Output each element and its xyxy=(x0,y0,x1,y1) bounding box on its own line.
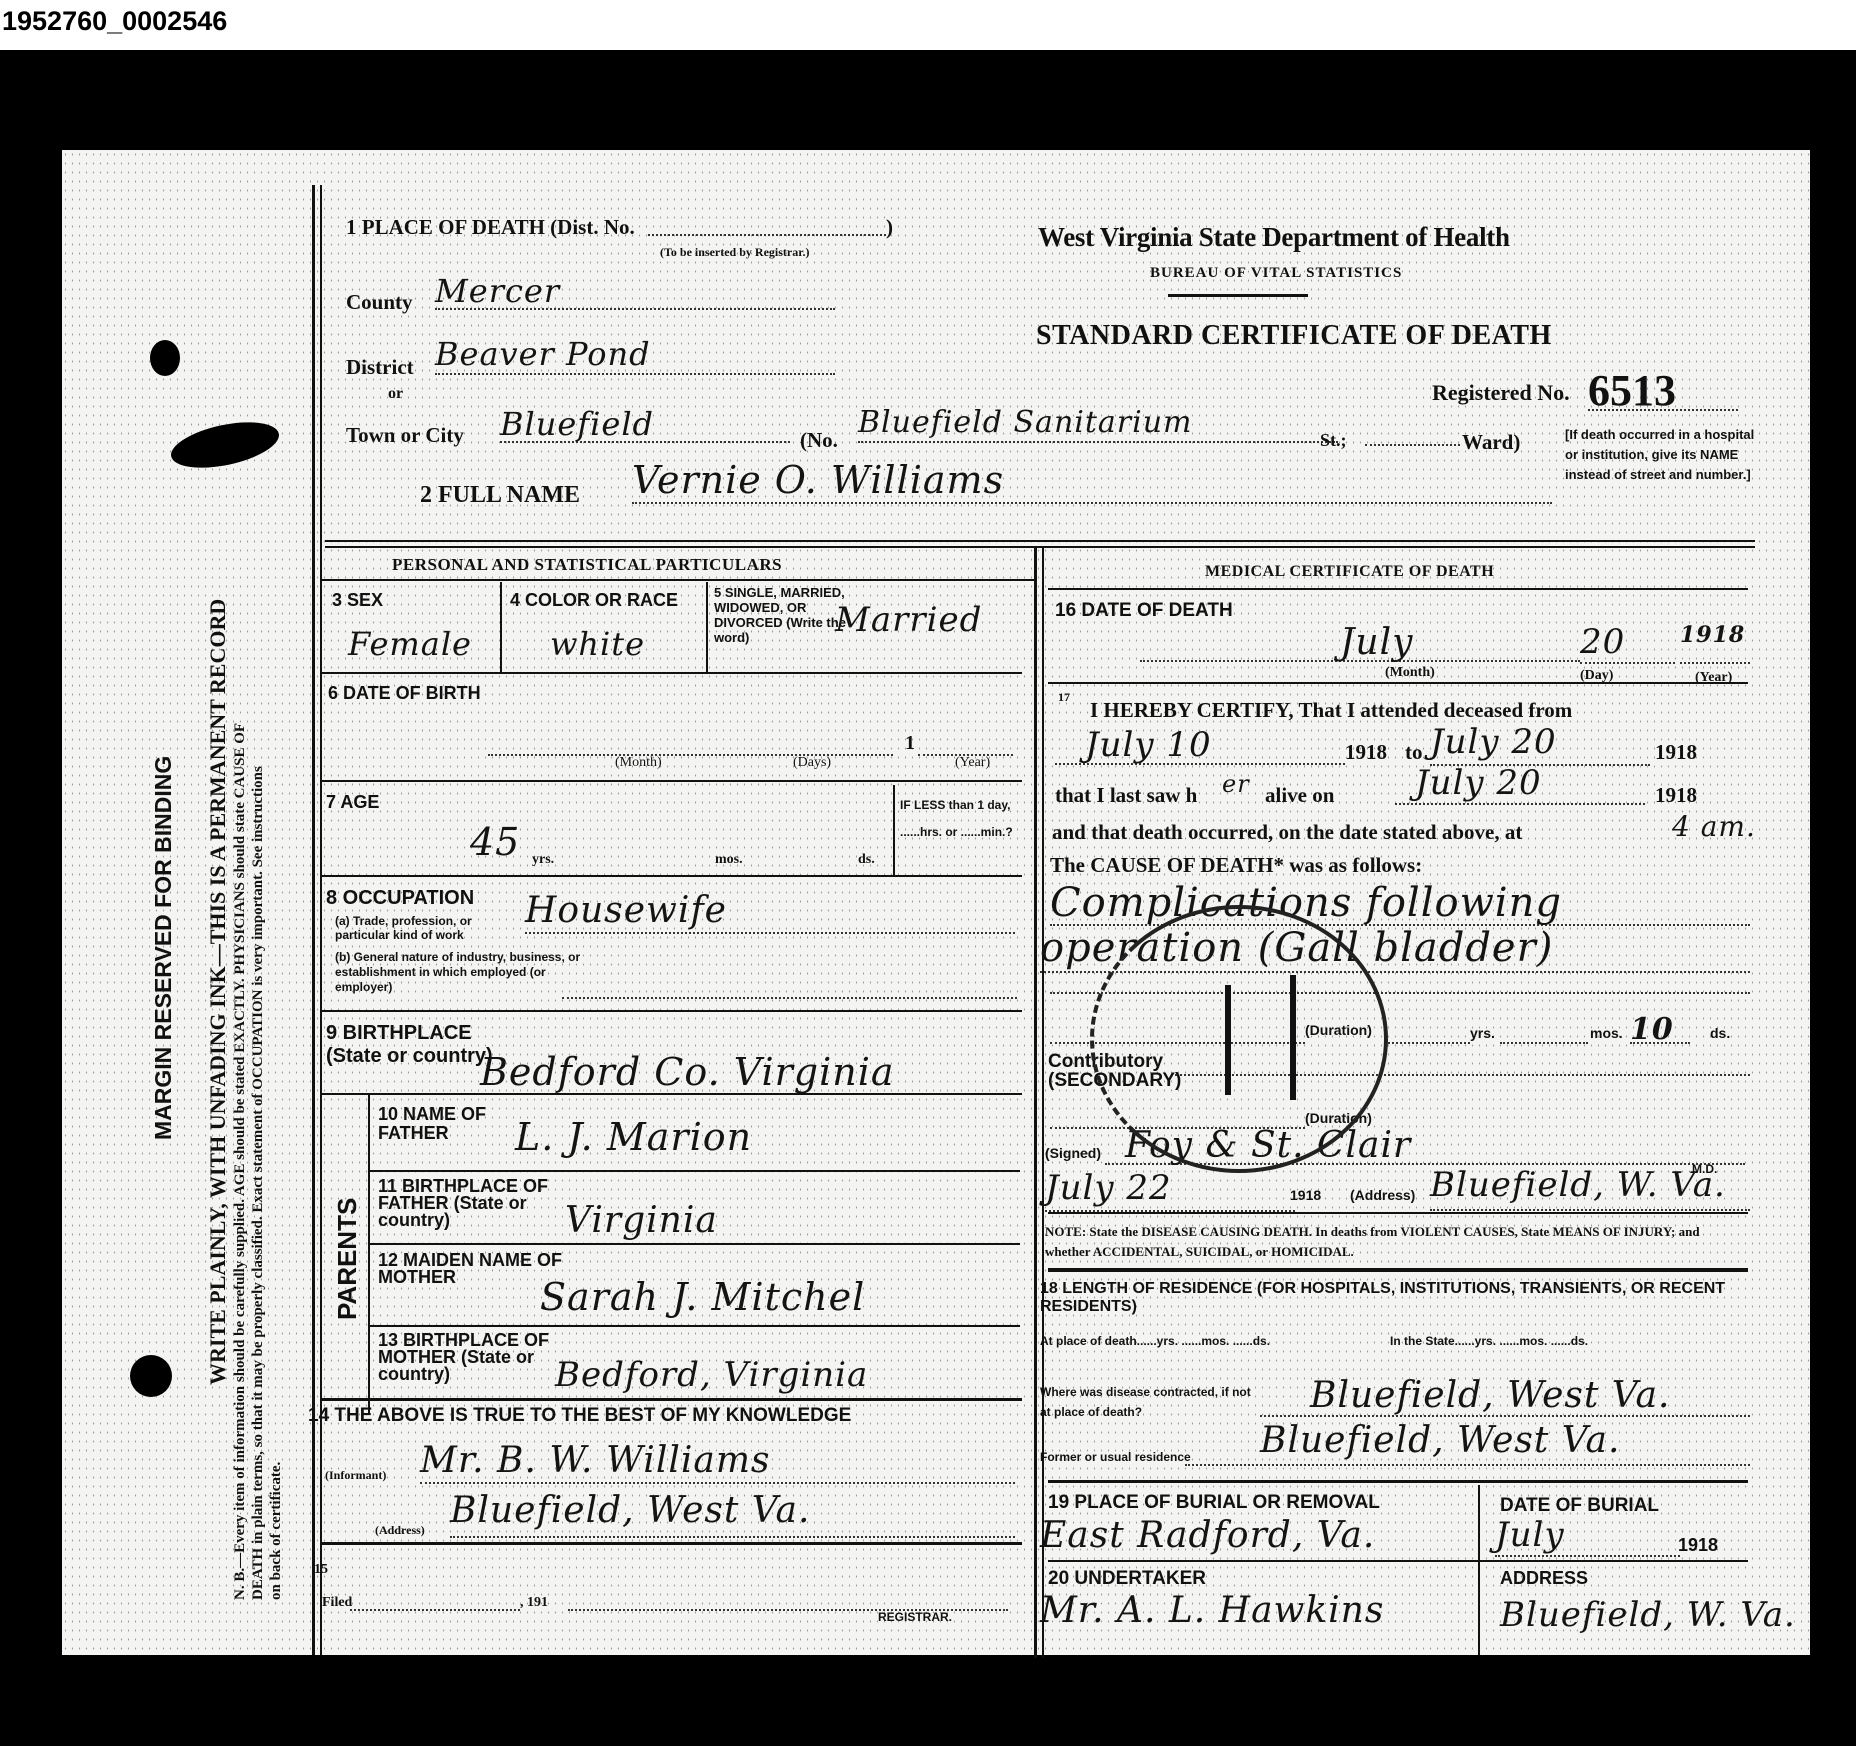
filed-number: 15 xyxy=(314,1562,328,1578)
father-field[interactable]: L. J. Marion xyxy=(515,1115,752,1159)
sex-label: 3 SEX xyxy=(332,590,383,611)
age-field[interactable]: 45 xyxy=(470,820,520,864)
age-label: 7 AGE xyxy=(326,792,379,813)
cause-label: The CAUSE OF DEATH* was as follows: xyxy=(1050,853,1422,878)
at-place-label: At place of death......yrs. ......mos. .… xyxy=(1040,1330,1370,1352)
full-name-field[interactable]: Vernie O. Williams xyxy=(632,458,1552,504)
burial-date-label: DATE OF BURIAL xyxy=(1500,1495,1659,1517)
residence-label: 18 LENGTH OF RESIDENCE (FOR HOSPITALS, I… xyxy=(1040,1280,1745,1316)
dist-no-field[interactable] xyxy=(648,230,886,236)
last-saw-label: that I last saw h xyxy=(1055,783,1197,808)
dob-label: 6 DATE OF BIRTH xyxy=(328,683,481,704)
yrs-label: yrs. xyxy=(532,852,554,868)
row-divider xyxy=(370,1325,1020,1327)
column-divider xyxy=(1034,548,1037,1658)
less-than-label: IF LESS than 1 day, ......hrs. or ......… xyxy=(900,792,1020,846)
filed-year-label: , 191 xyxy=(520,1595,548,1611)
informant-address-label: (Address) xyxy=(375,1523,425,1538)
section-divider xyxy=(325,540,1755,542)
last-saw-pronoun[interactable]: er xyxy=(1222,770,1250,798)
dob-year-label: (Year) xyxy=(955,755,990,771)
dob-year-prefix: 1 xyxy=(905,732,915,755)
true-statement-label: 14 THE ABOVE IS TRUE TO THE BEST OF MY K… xyxy=(308,1405,851,1427)
burial-year: 1918 xyxy=(1678,1535,1718,1556)
registrar-note: (To be inserted by Registrar.) xyxy=(660,245,809,260)
birthplace-field[interactable]: Bedford Co. Virginia xyxy=(480,1050,895,1094)
top-bar: 1952760_0002546 xyxy=(0,0,1856,50)
attended-to-year: 1918 xyxy=(1655,740,1697,765)
burial-label: 19 PLACE OF BURIAL OR REMOVAL xyxy=(1048,1492,1380,1514)
note-text: NOTE: State the DISEASE CAUSING DEATH. I… xyxy=(1045,1222,1745,1262)
row-divider xyxy=(1048,588,1748,590)
cause-line-1[interactable]: Complications following xyxy=(1050,880,1750,926)
occupation-field[interactable]: Housewife xyxy=(525,890,1015,934)
registered-number: 6513 xyxy=(1588,365,1738,411)
signed-date-field[interactable]: July 22 xyxy=(1045,1168,1295,1212)
marital-label: 5 SINGLE, MARRIED, WIDOWED, OR DIVORCED … xyxy=(714,585,854,645)
dod-month-field[interactable]: July xyxy=(1140,622,1580,662)
row-divider xyxy=(322,875,1022,877)
row-divider xyxy=(370,1170,1020,1172)
nb-line-1: N. B.—Every item of information should b… xyxy=(232,723,249,1600)
row-divider xyxy=(1048,682,1748,684)
section-divider xyxy=(325,546,1755,548)
contracted-field[interactable]: Bluefield, West Va. xyxy=(1260,1375,1750,1417)
in-state-label: In the State......yrs. ......mos. ......… xyxy=(1390,1330,1750,1352)
dod-year-field[interactable]: 1918 xyxy=(1680,622,1750,664)
registered-label: Registered No. xyxy=(1432,380,1570,406)
or-label: or xyxy=(388,385,403,403)
street-no-label: (No. xyxy=(800,428,838,453)
county-field[interactable]: Mercer xyxy=(435,272,835,310)
district-field[interactable]: Beaver Pond xyxy=(435,335,835,375)
attended-to-field[interactable]: July 20 xyxy=(1430,722,1650,766)
cell-divider xyxy=(706,582,708,672)
duration-mos-label: mos. xyxy=(1590,1025,1623,1041)
signed-year: 1918 xyxy=(1290,1187,1321,1203)
row-divider xyxy=(1048,1480,1748,1483)
row-divider xyxy=(1048,1560,1748,1562)
signed-label: (Signed) xyxy=(1045,1145,1101,1161)
nb-line-2: DEATH in plain terms, so that it may be … xyxy=(250,766,267,1600)
mother-field[interactable]: Sarah J. Mitchel xyxy=(540,1275,865,1319)
duration-ds-label: ds. xyxy=(1710,1025,1730,1041)
month-label: (Month) xyxy=(1385,665,1435,681)
filed-label: Filed xyxy=(322,1595,352,1611)
sex-field[interactable]: Female xyxy=(348,625,472,663)
form-border-left xyxy=(312,185,315,1655)
undertaker-address-label: ADDRESS xyxy=(1500,1568,1588,1589)
certify-number: 17 xyxy=(1058,690,1070,705)
ds-label: ds. xyxy=(858,852,875,868)
race-label: 4 COLOR OR RACE xyxy=(510,590,678,611)
dob-field[interactable] xyxy=(488,750,893,756)
town-label: Town or City xyxy=(346,423,464,448)
physician-seal-stamp xyxy=(1090,905,1388,1173)
contracted-label: Where was disease contracted, if not at … xyxy=(1040,1382,1255,1422)
signed-address-label: (Address) xyxy=(1350,1187,1415,1203)
dob-month-label: (Month) xyxy=(615,755,662,771)
occupation-a-label: (a) Trade, profession, or particular kin… xyxy=(335,914,525,942)
burial-divider xyxy=(1478,1485,1480,1655)
time-of-death-field[interactable]: 4 am. xyxy=(1672,810,1756,843)
undertaker-label: 20 UNDERTAKER xyxy=(1048,1568,1206,1590)
certify-label: I HEREBY CERTIFY, That I attended deceas… xyxy=(1090,698,1572,723)
seal-mark xyxy=(1225,985,1231,1095)
district-label: District xyxy=(346,355,414,380)
last-saw-date-field[interactable]: July 20 xyxy=(1395,763,1645,805)
row-divider xyxy=(322,1010,1022,1012)
dod-day-field[interactable]: 20 xyxy=(1580,622,1675,664)
certificate-title: STANDARD CERTIFICATE OF DEATH xyxy=(1036,320,1552,352)
place-of-death-label: 1 PLACE OF DEATH (Dist. No. xyxy=(346,215,635,240)
institution-field[interactable]: Bluefield Sanitarium xyxy=(858,405,1338,443)
department-title: West Virginia State Department of Health xyxy=(1038,222,1510,253)
mother-birthplace-field[interactable]: Bedford, Virginia xyxy=(555,1355,868,1395)
signed-address-field[interactable]: Bluefield, W. Va. xyxy=(1430,1165,1750,1211)
scan-edge xyxy=(1810,150,1856,1655)
dob-day-label: (Days) xyxy=(793,755,831,771)
row-divider xyxy=(322,672,1022,674)
row-divider xyxy=(1048,1268,1748,1272)
industry-field[interactable] xyxy=(562,995,1017,999)
duration-yrs-label: yrs. xyxy=(1470,1025,1495,1041)
duration-mos-field[interactable] xyxy=(1500,1040,1588,1044)
alive-on-label: alive on xyxy=(1265,783,1334,808)
duration-days-field[interactable]: 10 xyxy=(1630,1012,1690,1044)
mos-label: mos. xyxy=(715,852,743,868)
parents-divider xyxy=(368,1095,370,1415)
father-birthplace-field[interactable]: Virginia xyxy=(565,1200,718,1241)
parents-label: PARENTS xyxy=(332,1198,363,1320)
seal-mark xyxy=(1290,975,1296,1100)
medical-heading: MEDICAL CERTIFICATE OF DEATH xyxy=(1205,563,1494,581)
informant-label: (Informant) xyxy=(325,1468,386,1483)
write-plainly-text: WRITE PLAINLY, WITH UNFADING INK—THIS IS… xyxy=(205,599,231,1385)
mother-birthplace-label: 13 BIRTHPLACE OF MOTHER (State or countr… xyxy=(378,1332,568,1383)
st-label: St.; xyxy=(1320,430,1347,451)
father-birthplace-label: 11 BIRTHPLACE OF FATHER (State or countr… xyxy=(378,1178,568,1229)
registrar-label: REGISTRAR. xyxy=(878,1610,952,1624)
row-divider xyxy=(370,1243,1020,1245)
column-divider xyxy=(1042,548,1044,1658)
burial-date-field[interactable]: July xyxy=(1495,1515,1680,1557)
row-divider xyxy=(322,579,1034,581)
former-residence-field[interactable]: Bluefield, West Va. xyxy=(1185,1420,1750,1466)
hospital-note: [If death occurred in a hospital or inst… xyxy=(1565,425,1755,485)
attended-from-year: 1918 xyxy=(1345,740,1387,765)
last-saw-year: 1918 xyxy=(1655,783,1697,808)
row-divider xyxy=(322,1093,1022,1095)
cell-divider xyxy=(893,785,895,875)
undertaker-field[interactable]: Mr. A. L. Hawkins xyxy=(1040,1590,1384,1631)
ward-label: Ward) xyxy=(1462,430,1520,455)
full-name-label: 2 FULL NAME xyxy=(420,482,580,509)
informant-address-field[interactable]: Bluefield, West Va. xyxy=(450,1490,1015,1538)
father-label: 10 NAME OF FATHER xyxy=(378,1105,528,1143)
row-divider xyxy=(322,1398,1022,1401)
county-label: County xyxy=(346,290,413,315)
duration-yrs-field[interactable] xyxy=(1385,1040,1470,1044)
row-divider xyxy=(322,780,1022,782)
image-id: 1952760_0002546 xyxy=(2,6,227,37)
cell-divider xyxy=(500,582,502,672)
occurred-label: and that death occurred, on the date sta… xyxy=(1052,820,1522,845)
informant-field[interactable]: Mr. B. W. Williams xyxy=(420,1440,1015,1484)
title-underline xyxy=(1168,294,1308,297)
undertaker-address-field[interactable]: Bluefield, W. Va. xyxy=(1500,1595,1796,1635)
row-divider xyxy=(322,1542,1022,1545)
race-field[interactable]: white xyxy=(550,625,645,663)
filed-date-field[interactable] xyxy=(350,1607,520,1611)
burial-place-field[interactable]: East Radford, Va. xyxy=(1040,1515,1375,1556)
bureau-title: BUREAU OF VITAL STATISTICS xyxy=(1150,265,1402,282)
town-field[interactable]: Bluefield xyxy=(500,405,790,443)
attended-from-field[interactable]: July 10 xyxy=(1055,725,1345,765)
ward-field[interactable] xyxy=(1365,440,1460,446)
personal-heading: PERSONAL AND STATISTICAL PARTICULARS xyxy=(392,555,782,575)
occupation-label: 8 OCCUPATION xyxy=(326,887,474,910)
form-border-left-inner xyxy=(320,185,322,1655)
marital-field[interactable]: Married xyxy=(835,600,982,640)
ink-blot xyxy=(150,340,180,376)
binding-margin-text: MARGIN RESERVED FOR BINDING xyxy=(150,756,177,1140)
to-label: to xyxy=(1405,740,1423,765)
former-residence-label: Former or usual residence xyxy=(1040,1450,1191,1464)
ink-blot xyxy=(130,1355,172,1397)
nb-line-3: on back of certificate. xyxy=(268,1462,285,1600)
row-divider xyxy=(1048,1212,1748,1214)
occupation-b-label: (b) General nature of industry, business… xyxy=(335,950,595,995)
dod-label: 16 DATE OF DEATH xyxy=(1055,600,1233,622)
